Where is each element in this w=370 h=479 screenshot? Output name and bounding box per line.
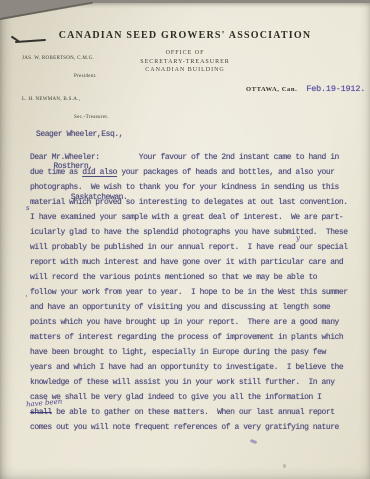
organization-name: CANADIAN SEED GROWERS' ASSOCIATION (0, 30, 370, 41)
letter-line: case we shall be very glad indeed to giv… (30, 393, 348, 408)
office-line: CANADIAN BUILDING (0, 66, 370, 75)
scanned-letter: CANADIAN SEED GROWERS' ASSOCIATION JAS. … (0, 0, 370, 479)
date-stamp: Feb.19-1912. (306, 84, 365, 94)
letter-line: have been brought to light, especially i… (30, 348, 348, 363)
letter-line: photographs. We wish to thank you for yo… (30, 183, 348, 198)
office-line: OFFICE OF (0, 49, 370, 58)
place-date-line: OTTAWA, Can. Feb.19-1912. (246, 84, 365, 94)
office-block: OFFICE OF SECRETARY-TREASURER CANADIAN B… (0, 49, 370, 75)
letter-line: will record the various points mentioned… (30, 273, 348, 288)
letter-line: knowledge of these will assist you in yo… (30, 378, 348, 393)
letter-line: I have examined your samples with a grea… (30, 213, 348, 228)
letter-line: report with much interest and have gone … (30, 258, 348, 273)
recipient-line: Seager Wheeler,Esq., (36, 130, 127, 141)
letter-line: follow your work from year to year. I ho… (30, 288, 348, 303)
letter-line: due time as did also your packages of he… (30, 168, 348, 183)
letter-line: points which you have brought up in your… (30, 318, 348, 333)
letter-line: material which proved so interesting to … (30, 198, 348, 213)
letter-line: comes out you will note frequent referen… (30, 423, 348, 438)
ink-smudge (250, 439, 258, 444)
handwritten-annotation: ' (26, 295, 29, 302)
letter-line: and' have an opportunity of visiting you… (30, 303, 348, 318)
letter-line: years and which I have had an opportunit… (30, 363, 348, 378)
letter-paper: CANADIAN SEED GROWERS' ASSOCIATION JAS. … (0, 3, 370, 479)
handwritten-annotation: y (295, 235, 300, 242)
letter-line: shallhave been be able to gather on thes… (30, 408, 348, 423)
office-line: SECRETARY-TREASURER (0, 58, 370, 67)
paper-stain (283, 464, 286, 468)
letter-line: will probably be published in our annual… (30, 243, 348, 258)
handwritten-annotation: s (26, 205, 30, 212)
place-label: OTTAWA, Can. (246, 86, 297, 93)
letter-line: Your favour of the 2nd instant came to h… (30, 153, 348, 168)
letter-line: matters of interest regarding the proces… (30, 333, 348, 348)
letter-body: Your favour of the 2nd instant came to h… (30, 153, 348, 438)
officer-name: L. H. NEWMAN, B.S.A., (22, 97, 109, 103)
officer-title: President. (74, 74, 109, 80)
